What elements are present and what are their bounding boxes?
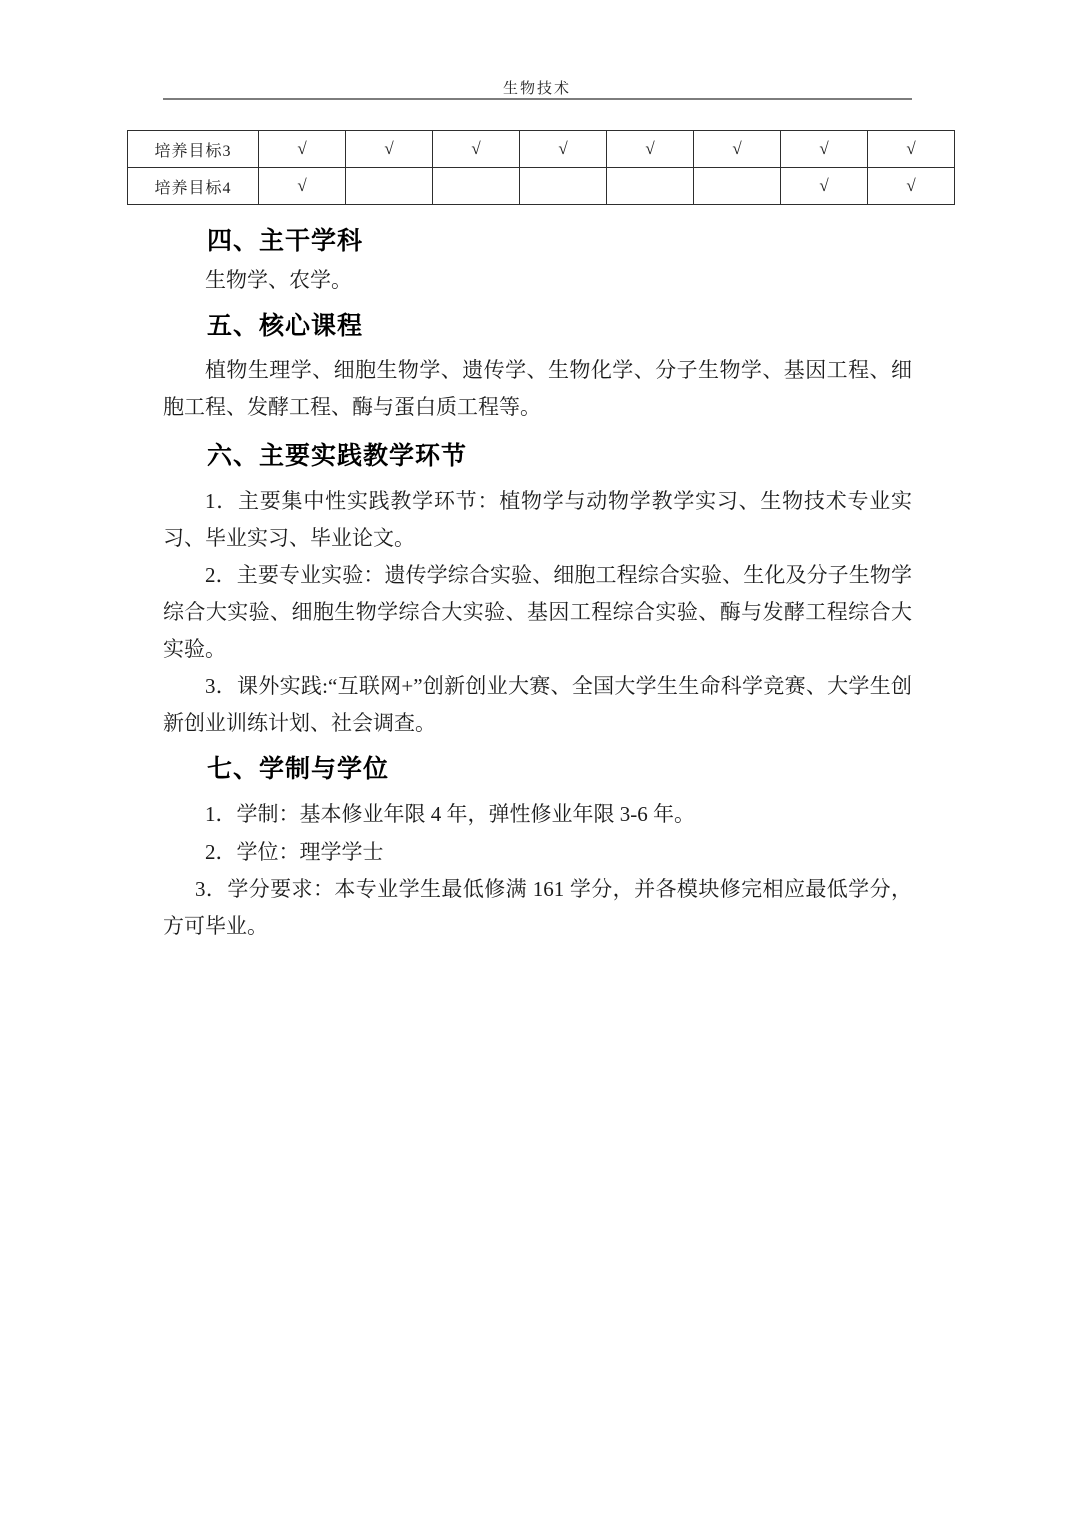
section-heading-main-disciplines: 四、主干学科 — [163, 226, 912, 256]
paragraph-practice-item-3: 3．课外实践:“互联网+”创新创业大赛、全国大学生生命科学竞赛、大学生创新创业训… — [163, 668, 912, 742]
section-heading-duration-degree: 七、学制与学位 — [163, 754, 912, 784]
paragraph-practice-item-2: 2．主要专业实验：遗传学综合实验、细胞工程综合实验、生化及分子生物学综合大实验、… — [163, 557, 912, 668]
section-heading-core-courses: 五、核心课程 — [163, 311, 912, 341]
paragraph-practice-item-1: 1．主要集中性实践教学环节：植物学与动物学教学实习、生物技术专业实习、毕业实习、… — [163, 483, 912, 557]
paragraph-main-disciplines: 生物学、农学。 — [163, 262, 912, 299]
paragraph-degree-item-2: 2．学位：理学学士 — [163, 834, 912, 871]
paragraph-degree-item-1: 1．学制：基本修业年限 4 年，弹性修业年限 3-6 年。 — [163, 796, 912, 833]
paragraph-degree-item-3: 3．学分要求：本专业学生最低修满 161 学分，并各模块修完相应最低学分，方可毕… — [163, 871, 912, 945]
document-page: 生物技术 培养目标3 √ √ √ √ √ √ √ √ 培养目标4 √ — [0, 0, 1074, 1520]
section-heading-practice-teaching: 六、主要实践教学环节 — [163, 441, 912, 471]
document-body: 四、主干学科 生物学、农学。 五、核心课程 植物生理学、细胞生物学、遗传学、生物… — [163, 0, 912, 945]
paragraph-core-courses: 植物生理学、细胞生物学、遗传学、生物化学、分子生物学、基因工程、细胞工程、发酵工… — [163, 352, 912, 426]
